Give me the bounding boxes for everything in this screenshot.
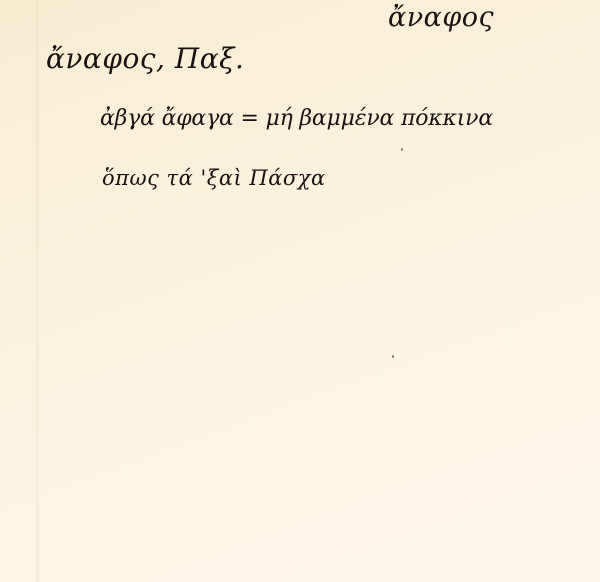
index-card: ἄναφος ἄναφος, Παξ. ἀβγά ἄφαγα = μή βαμμ…: [0, 0, 600, 582]
paper-speck: [401, 148, 403, 151]
definition-line-2: ὅπως τά 'ξαὶ Πάσχα: [102, 166, 326, 190]
definition-line-1: ἀβγά ἄφαγα = μή βαμμένα πόκκινα: [100, 106, 493, 131]
paper-speck: [392, 355, 394, 358]
headword: ἄναφος: [388, 2, 494, 33]
lemma-entry: ἄναφος, Παξ.: [46, 42, 244, 75]
